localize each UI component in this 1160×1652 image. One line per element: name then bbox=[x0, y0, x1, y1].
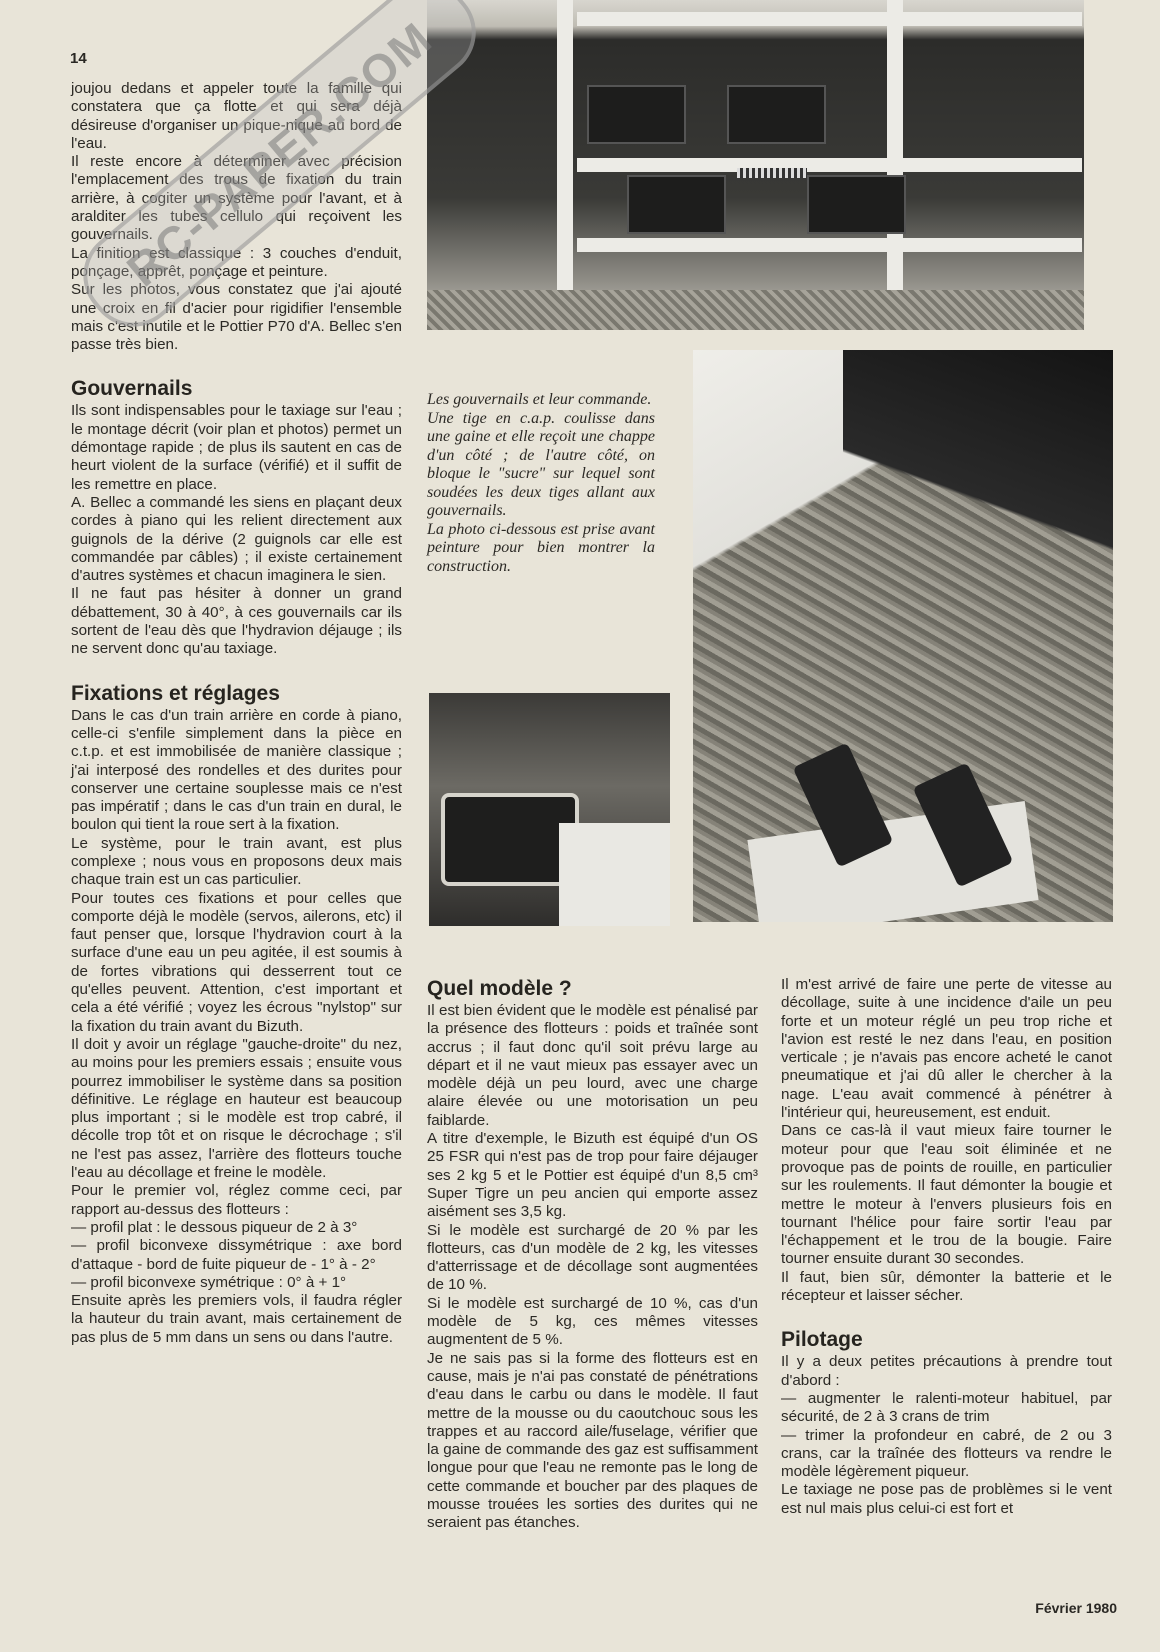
body-paragraph: A. Bellec a commandé les siens en plaçan… bbox=[71, 494, 402, 585]
body-paragraph: Si le modèle est surchargé de 20 % par l… bbox=[427, 1222, 758, 1295]
body-paragraph: Sur les photos, vous constatez que j'ai … bbox=[71, 281, 402, 354]
body-paragraph: Pour le premier vol, réglez comme ceci, … bbox=[71, 1182, 402, 1219]
photo-frame-post bbox=[887, 0, 903, 290]
photo-ground-texture bbox=[427, 290, 1084, 330]
photo-rudder-construction bbox=[429, 693, 670, 926]
body-paragraph: Ensuite après les premiers vols, il faud… bbox=[71, 1292, 402, 1347]
photo-frame-strip bbox=[577, 238, 1082, 252]
section-heading-quel-modele: Quel modèle ? bbox=[427, 976, 758, 1002]
article-column-2: Quel modèle ? Il est bien évident que le… bbox=[427, 976, 758, 1533]
list-item: — profil biconvexe dissymétrique : axe b… bbox=[71, 1237, 402, 1274]
body-paragraph: Pour toutes ces fixations et pour celles… bbox=[71, 890, 402, 1036]
list-item: — profil plat : le dessous piqueur de 2 … bbox=[71, 1219, 402, 1237]
photo-radio-installation bbox=[427, 0, 1084, 330]
caption-line: Les gouvernails et leur commande. bbox=[427, 391, 655, 410]
photo-caption: Les gouvernails et leur commande. Une ti… bbox=[427, 391, 655, 576]
body-paragraph: Il ne faut pas hésiter à donner un grand… bbox=[71, 585, 402, 658]
article-column-1: joujou dedans et appeler toute la famill… bbox=[71, 80, 402, 1347]
photo-tail-shape bbox=[843, 350, 1113, 610]
photo-float-shape bbox=[559, 823, 670, 926]
body-paragraph: Il y a deux petites précautions à prendr… bbox=[781, 1353, 1112, 1390]
list-item: — profil biconvexe symétrique : 0° à + 1… bbox=[71, 1274, 402, 1292]
section-heading-fixations: Fixations et réglages bbox=[71, 681, 402, 707]
caption-line: Une tige en c.a.p. coulisse dans une gai… bbox=[427, 410, 655, 521]
body-paragraph: Il doit y avoir un réglage "gauche-droit… bbox=[71, 1036, 402, 1182]
photo-frame-strip bbox=[577, 12, 1082, 26]
section-heading-gouvernails: Gouvernails bbox=[71, 376, 402, 402]
body-paragraph: Il reste encore à déterminer avec précis… bbox=[71, 153, 402, 244]
body-paragraph: Le système, pour le train avant, est plu… bbox=[71, 835, 402, 890]
photo-frame-strip bbox=[577, 158, 1082, 172]
body-paragraph: Dans le cas d'un train arrière en corde … bbox=[71, 707, 402, 835]
section-heading-pilotage: Pilotage bbox=[781, 1327, 1112, 1353]
footer-date: Février 1980 bbox=[1035, 1600, 1117, 1616]
body-paragraph: A titre d'exemple, le Bizuth est équipé … bbox=[427, 1130, 758, 1221]
body-paragraph: Ils sont indispensables pour le taxiage … bbox=[71, 402, 402, 493]
servo-shape bbox=[627, 175, 726, 234]
body-paragraph: Je ne sais pas si la forme des flotteurs… bbox=[427, 1350, 758, 1533]
spring-shape bbox=[737, 168, 807, 178]
photo-rudders-closeup bbox=[693, 350, 1113, 922]
body-paragraph: Le taxiage ne pose pas de problèmes si l… bbox=[781, 1481, 1112, 1518]
servo-shape bbox=[587, 85, 686, 144]
body-paragraph: La finition est classique : 3 couches d'… bbox=[71, 245, 402, 282]
body-paragraph: Si le modèle est surchargé de 10 %, cas … bbox=[427, 1295, 758, 1350]
body-paragraph: Il faut, bien sûr, démonter la batterie … bbox=[781, 1269, 1112, 1306]
body-paragraph: joujou dedans et appeler toute la famill… bbox=[71, 80, 402, 153]
page-number: 14 bbox=[70, 50, 87, 67]
photo-frame-post bbox=[557, 0, 573, 290]
body-paragraph: Dans ce cas-là il vaut mieux faire tourn… bbox=[781, 1122, 1112, 1268]
list-item: — trimer la profondeur en cabré, de 2 ou… bbox=[781, 1427, 1112, 1482]
article-column-3: Il m'est arrivé de faire une perte de vi… bbox=[781, 976, 1112, 1518]
servo-shape bbox=[727, 85, 826, 144]
servo-shape bbox=[807, 175, 906, 234]
caption-line: La photo ci-dessous est prise avant pein… bbox=[427, 521, 655, 577]
body-paragraph: Il est bien évident que le modèle est pé… bbox=[427, 1002, 758, 1130]
body-paragraph: Il m'est arrivé de faire une perte de vi… bbox=[781, 976, 1112, 1122]
list-item: — augmenter le ralenti-moteur habituel, … bbox=[781, 1390, 1112, 1427]
